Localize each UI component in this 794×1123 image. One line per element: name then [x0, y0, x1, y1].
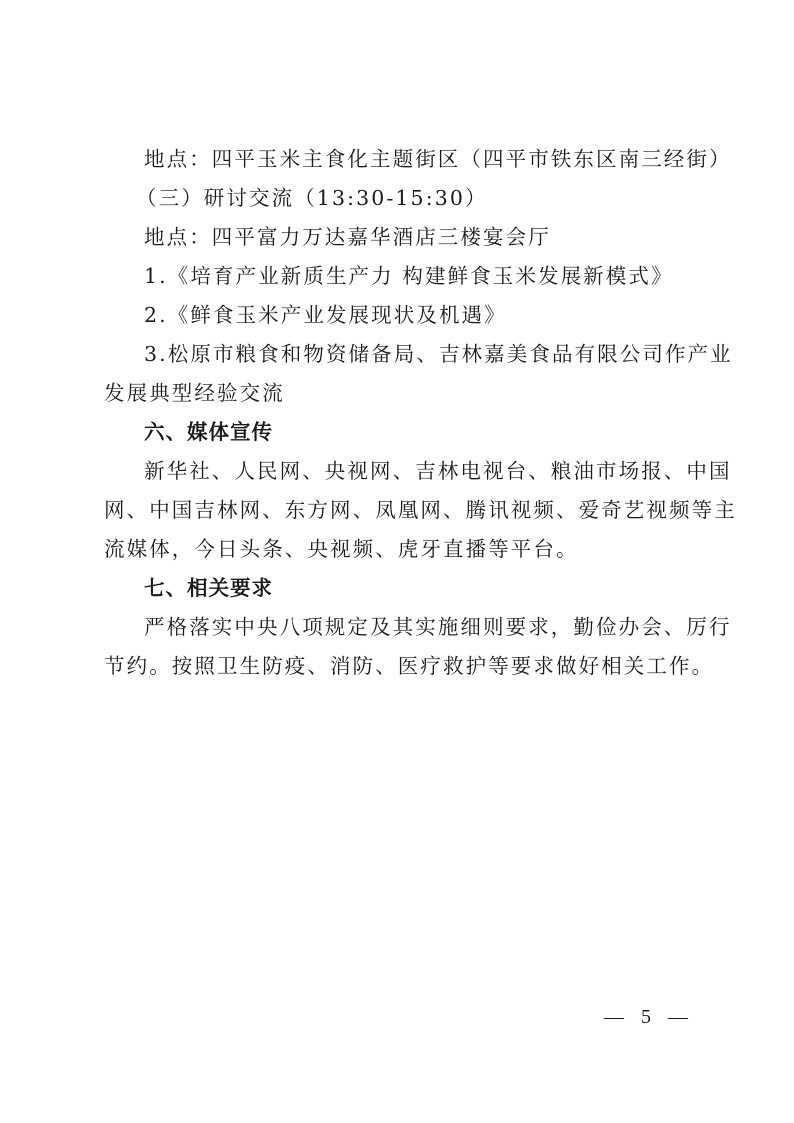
section-heading-media: 六、媒体宣传	[144, 419, 273, 445]
paragraph-line: 节约。按照卫生防疫、消防、医疗救护等要求做好相关工作。	[104, 653, 714, 679]
location-line: 地点：四平富力万达嘉华酒店三楼宴会厅	[144, 224, 551, 250]
paragraph-line: 网、中国吉林网、东方网、凤凰网、腾讯视频、爱奇艺视频等主	[104, 497, 690, 523]
agenda-item-continuation: 发展典型经验交流	[104, 380, 285, 406]
agenda-item: 1.《培育产业新质生产力 构建鲜食玉米发展新模式》	[144, 263, 674, 289]
agenda-item: 3.松原市粮食和物资储备局、吉林嘉美食品有限公司作产业	[144, 341, 690, 367]
document-page: 地点：四平玉米主食化主题街区（四平市铁东区南三经街） （三）研讨交流（13:30…	[0, 0, 794, 1123]
paragraph-line: 严格落实中央八项规定及其实施细则要求，勤俭办会、厉行	[144, 614, 690, 640]
subsection-heading-discussion: （三）研讨交流（13:30-15:30）	[136, 185, 488, 211]
agenda-item: 2.《鲜食玉米产业发展现状及机遇》	[144, 302, 507, 328]
paragraph-line: 新华社、人民网、央视网、吉林电视台、粮油市场报、中国	[144, 458, 690, 484]
location-line: 地点：四平玉米主食化主题街区（四平市铁东区南三经街）	[144, 146, 732, 172]
section-heading-requirements: 七、相关要求	[144, 575, 273, 601]
page-number: — 5 —	[604, 1005, 694, 1029]
paragraph-line: 流媒体，今日头条、央视频、虎牙直播等平台。	[104, 536, 579, 562]
